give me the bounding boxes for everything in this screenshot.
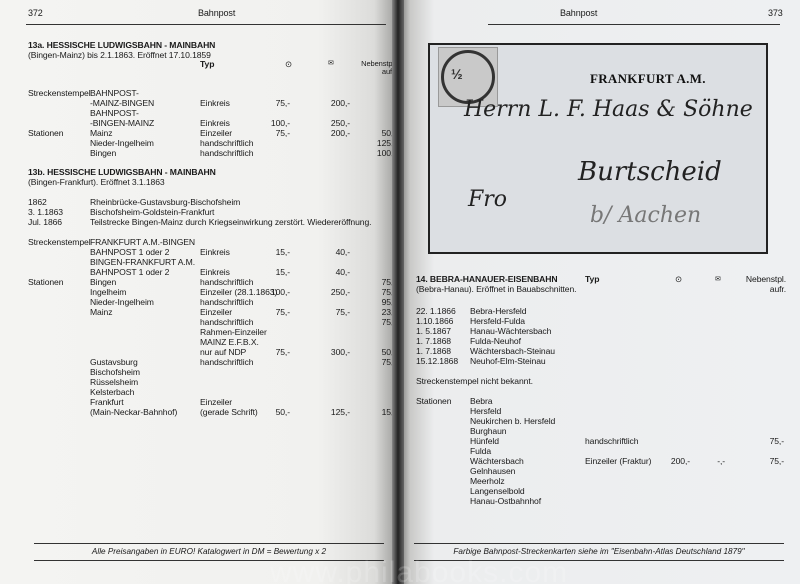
stamp-name: BAHNPOST- xyxy=(90,108,139,118)
price-cancel: 15,- xyxy=(260,267,290,277)
price-side: 75,- xyxy=(754,456,784,466)
price-cancel: 75,- xyxy=(260,307,290,317)
station-name: Hünfeld xyxy=(470,436,499,446)
history-date: Jul. 1866 xyxy=(28,217,62,227)
cover-image: ½ FRANKFURT A.M. Herrn L. F. Haas & Söhn… xyxy=(428,43,768,254)
price-cancel: 100,- xyxy=(260,287,290,297)
history-date: 1.10.1866 xyxy=(416,316,453,326)
station-name: Gelnhausen xyxy=(470,466,515,476)
price-cancel: 200,- xyxy=(660,456,690,466)
station-name: Hanau-Ostbahnhof xyxy=(470,496,541,506)
station-name: Wächtersbach xyxy=(470,456,524,466)
history-text: Hanau-Wächtersbach xyxy=(470,326,551,336)
price-cover: 250,- xyxy=(320,118,350,128)
stamp-name: BAHNPOST- xyxy=(90,88,139,98)
stamp-name: FRANKFURT A.M.-BINGEN xyxy=(90,237,195,247)
station-name: Rüsselsheim xyxy=(90,377,138,387)
column-side: Nebenstpl. aufr. xyxy=(352,60,396,76)
stamp-name: BAHNPOST 1 oder 2 xyxy=(90,247,169,257)
station-name: Bingen xyxy=(90,148,116,158)
stations-label: Stationen xyxy=(416,396,451,406)
section-subtitle: (Bebra-Hanau). Eröffnet in Bauabschnitte… xyxy=(416,284,576,294)
history-date: 1. 5.1867 xyxy=(416,326,451,336)
station-name: Kelsterbach xyxy=(90,387,134,397)
price-cover: 75,- xyxy=(320,307,350,317)
row-type: Einkreis xyxy=(200,98,230,108)
column-cover-icon: ✉ xyxy=(328,59,334,69)
franco-note: Fro xyxy=(468,187,507,212)
row-type: Einzeiler (Fraktur) xyxy=(585,456,651,466)
history-text: Bebra-Hersfeld xyxy=(470,306,526,316)
row-type: nur auf NDP xyxy=(200,347,246,357)
station-name: Frankfurt xyxy=(90,397,123,407)
station-name: Fulda xyxy=(470,446,491,456)
book-spine xyxy=(392,0,404,584)
section-title: 13b. HESSISCHE LUDWIGSBAHN - MAINBAHN xyxy=(28,167,216,177)
page-number: 373 xyxy=(768,8,783,18)
page-number: 372 xyxy=(28,8,43,18)
stamp-name: BAHNPOST 1 oder 2 xyxy=(90,267,169,277)
price-cover: 40,- xyxy=(320,247,350,257)
left-page: 372 Bahnpost 13a. HESSISCHE LUDWIGSBAHN … xyxy=(0,0,398,584)
column-cancel-icon: ⊙ xyxy=(285,59,292,69)
row-type: Einkreis xyxy=(200,247,230,257)
header-rule xyxy=(488,24,780,25)
header-rule xyxy=(26,24,386,25)
station-name: Gustavsburg xyxy=(90,357,138,367)
row-type: Einzeiler xyxy=(200,397,232,407)
stamp-value: ½ xyxy=(451,66,463,82)
column-typ: Typ xyxy=(200,59,214,69)
row-type: Einzeiler xyxy=(200,128,232,138)
price-cancel: 50,- xyxy=(260,407,290,417)
price-cover: 300,- xyxy=(320,347,350,357)
row-type: Einkreis xyxy=(200,118,230,128)
row-type: handschriftlich xyxy=(200,277,253,287)
station-name: Meerholz xyxy=(470,476,505,486)
row-type: handschriftlich xyxy=(585,436,638,446)
history-date: 3. 1.1863 xyxy=(28,207,63,217)
address-line: Burtscheid xyxy=(578,157,722,187)
price-cancel: 75,- xyxy=(260,347,290,357)
running-head: Bahnpost xyxy=(560,8,597,18)
stations-label: Stationen xyxy=(28,277,63,287)
stamp-name: -BINGEN-MAINZ xyxy=(90,118,154,128)
station-name: Nieder-Ingelheim xyxy=(90,297,154,307)
station-name: Bingen xyxy=(90,277,116,287)
history-text: Neuhof-Elm-Steinau xyxy=(470,356,546,366)
station-name: Neukirchen b. Hersfeld xyxy=(470,416,555,426)
stamp-label: Streckenstempel xyxy=(28,237,91,247)
price-cover: 200,- xyxy=(320,98,350,108)
history-date: 1. 7.1868 xyxy=(416,336,451,346)
row-type: handschriftlich xyxy=(200,148,253,158)
station-name: Bischofsheim xyxy=(90,367,140,377)
row-type: handschriftlich xyxy=(200,317,253,327)
station-name: Langenselbold xyxy=(470,486,525,496)
price-cover: -,- xyxy=(695,456,725,466)
row-type: Einkreis xyxy=(200,267,230,277)
watermark: www.philabooks.com xyxy=(270,556,568,584)
column-cancel-icon: ⊙ xyxy=(675,274,682,284)
postmark: FRANKFURT A.M. xyxy=(590,71,706,87)
price-cover: 40,- xyxy=(320,267,350,277)
price-side: 75,- xyxy=(754,436,784,446)
history-text: Fulda-Neuhof xyxy=(470,336,521,346)
price-cover: 125,- xyxy=(320,407,350,417)
price-cancel: 75,- xyxy=(260,128,290,138)
history-date: 15.12.1868 xyxy=(416,356,458,366)
history-date: 1862 xyxy=(28,197,47,207)
history-date: 1. 7.1868 xyxy=(416,346,451,356)
row-type: MAINZ E.F.B.X. xyxy=(200,337,259,347)
price-cover: 200,- xyxy=(320,128,350,138)
stamp-note: Streckenstempel nicht bekannt. xyxy=(416,376,533,386)
history-text: Teilstrecke Bingen-Mainz durch Kriegsein… xyxy=(90,217,371,227)
column-typ: Typ xyxy=(585,274,599,284)
station-name: Burghaun xyxy=(470,426,506,436)
section-title: 14. BEBRA-HANAUER-EISENBAHN xyxy=(416,274,558,284)
station-name: (Main-Neckar-Bahnhof) xyxy=(90,407,177,417)
station-name: Bebra xyxy=(470,396,492,406)
row-type: handschriftlich xyxy=(200,138,253,148)
history-text: Bischofsheim-Goldstein-Frankfurt xyxy=(90,207,214,217)
row-type: (gerade Schrift) xyxy=(200,407,258,417)
price-cancel: 75,- xyxy=(260,98,290,108)
row-type: handschriftlich xyxy=(200,297,253,307)
row-type: Rahmen-Einzeiler xyxy=(200,327,267,337)
section-title: 13a. HESSISCHE LUDWIGSBAHN - MAINBAHN xyxy=(28,40,215,50)
stamp-name: -MAINZ-BINGEN xyxy=(90,98,154,108)
price-cover: 250,- xyxy=(320,287,350,297)
history-text: Wächtersbach-Steinau xyxy=(470,346,555,356)
address-line: Herrn L. F. Haas & Söhne xyxy=(464,97,753,122)
station-name: Mainz xyxy=(90,128,112,138)
section-subtitle: (Bingen-Mainz) bis 2.1.1863. Eröffnet 17… xyxy=(28,50,211,60)
section-subtitle: (Bingen-Frankfurt). Eröffnet 3.1.1863 xyxy=(28,177,165,187)
station-name: Hersfeld xyxy=(470,406,501,416)
history-text: Hersfeld-Fulda xyxy=(470,316,525,326)
row-type: handschriftlich xyxy=(200,357,253,367)
price-cancel: 100,- xyxy=(260,118,290,128)
address-line: b/ Aachen xyxy=(590,203,701,228)
stamp-name: BINGEN-FRANKFURT A.M. xyxy=(90,257,195,267)
price-cancel: 15,- xyxy=(260,247,290,257)
station-name: Nieder-Ingelheim xyxy=(90,138,154,148)
stamp-label: Streckenstempel xyxy=(28,88,91,98)
column-side: Nebenstpl. aufr. xyxy=(738,274,786,294)
history-text: Rheinbrücke-Gustavsburg-Bischofsheim xyxy=(90,197,240,207)
cancel-ring xyxy=(441,50,495,104)
station-name: Mainz xyxy=(90,307,112,317)
stations-label: Stationen xyxy=(28,128,63,138)
column-cover-icon: ✉ xyxy=(715,275,721,285)
station-name: Ingelheim xyxy=(90,287,126,297)
row-type: Einzeiler xyxy=(200,307,232,317)
history-date: 22. 1.1866 xyxy=(416,306,456,316)
running-head: Bahnpost xyxy=(198,8,235,18)
